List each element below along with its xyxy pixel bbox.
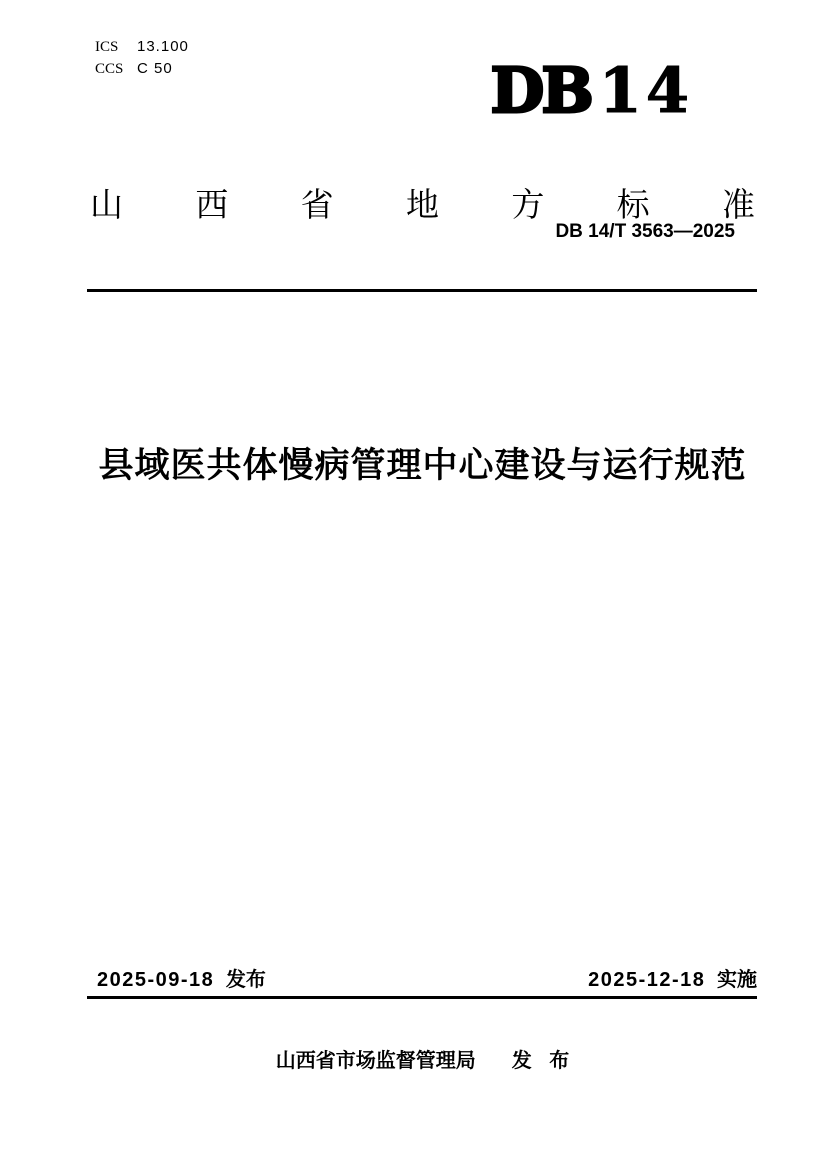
standard-name-char: 省 — [301, 179, 334, 226]
ics-label: ICS — [95, 36, 129, 58]
ccs-label: CCS — [95, 58, 129, 80]
issue-date: 2025-09-18 发布 — [97, 963, 266, 992]
issue-date-value: 2025-09-18 — [97, 969, 214, 991]
standard-name-char: 地 — [406, 179, 439, 226]
publisher-line: 山西省市场监督管理局发 布 — [88, 1044, 757, 1073]
ics-value: 13.100 — [137, 36, 189, 58]
implement-date-label: 实施 — [717, 969, 757, 991]
implement-date: 2025-12-18 实施 — [588, 963, 757, 992]
publisher-name: 山西省市场监督管理局 — [276, 1050, 476, 1072]
standard-name-char: 西 — [195, 179, 228, 226]
issue-date-label: 发布 — [226, 969, 266, 991]
ccs-value: C 50 — [137, 58, 173, 80]
document-number: DB 14/T 3563—2025 — [555, 221, 735, 243]
db14-logo-prefix: DB — [491, 54, 591, 127]
bottom-rule-line — [87, 996, 757, 999]
publish-action-label: 发 布 — [512, 1050, 570, 1072]
classification-codes: ICS 13.100 CCS C 50 — [95, 36, 189, 80]
standard-name-char: 准 — [722, 179, 755, 226]
standard-name-char: 方 — [511, 179, 544, 226]
ics-code-row: ICS 13.100 — [95, 36, 189, 58]
dates-row: 2025-09-18 发布 2025-12-18 实施 — [88, 963, 757, 992]
standard-cover-page: ICS 13.100 CCS C 50 DB14 山 西 省 地 方 标 准 D… — [0, 0, 815, 1151]
document-title: 县域医共体慢病管理中心建设与运行规范 — [88, 438, 757, 488]
ccs-code-row: CCS C 50 — [95, 58, 189, 80]
top-rule-line — [87, 289, 757, 292]
db14-logo: DB14 — [491, 60, 693, 122]
implement-date-value: 2025-12-18 — [588, 969, 705, 991]
standard-name-char: 标 — [617, 179, 650, 226]
db14-logo-number: 14 — [599, 54, 693, 127]
standard-category-name: 山 西 省 地 方 标 准 — [88, 179, 757, 226]
standard-name-char: 山 — [90, 179, 123, 226]
